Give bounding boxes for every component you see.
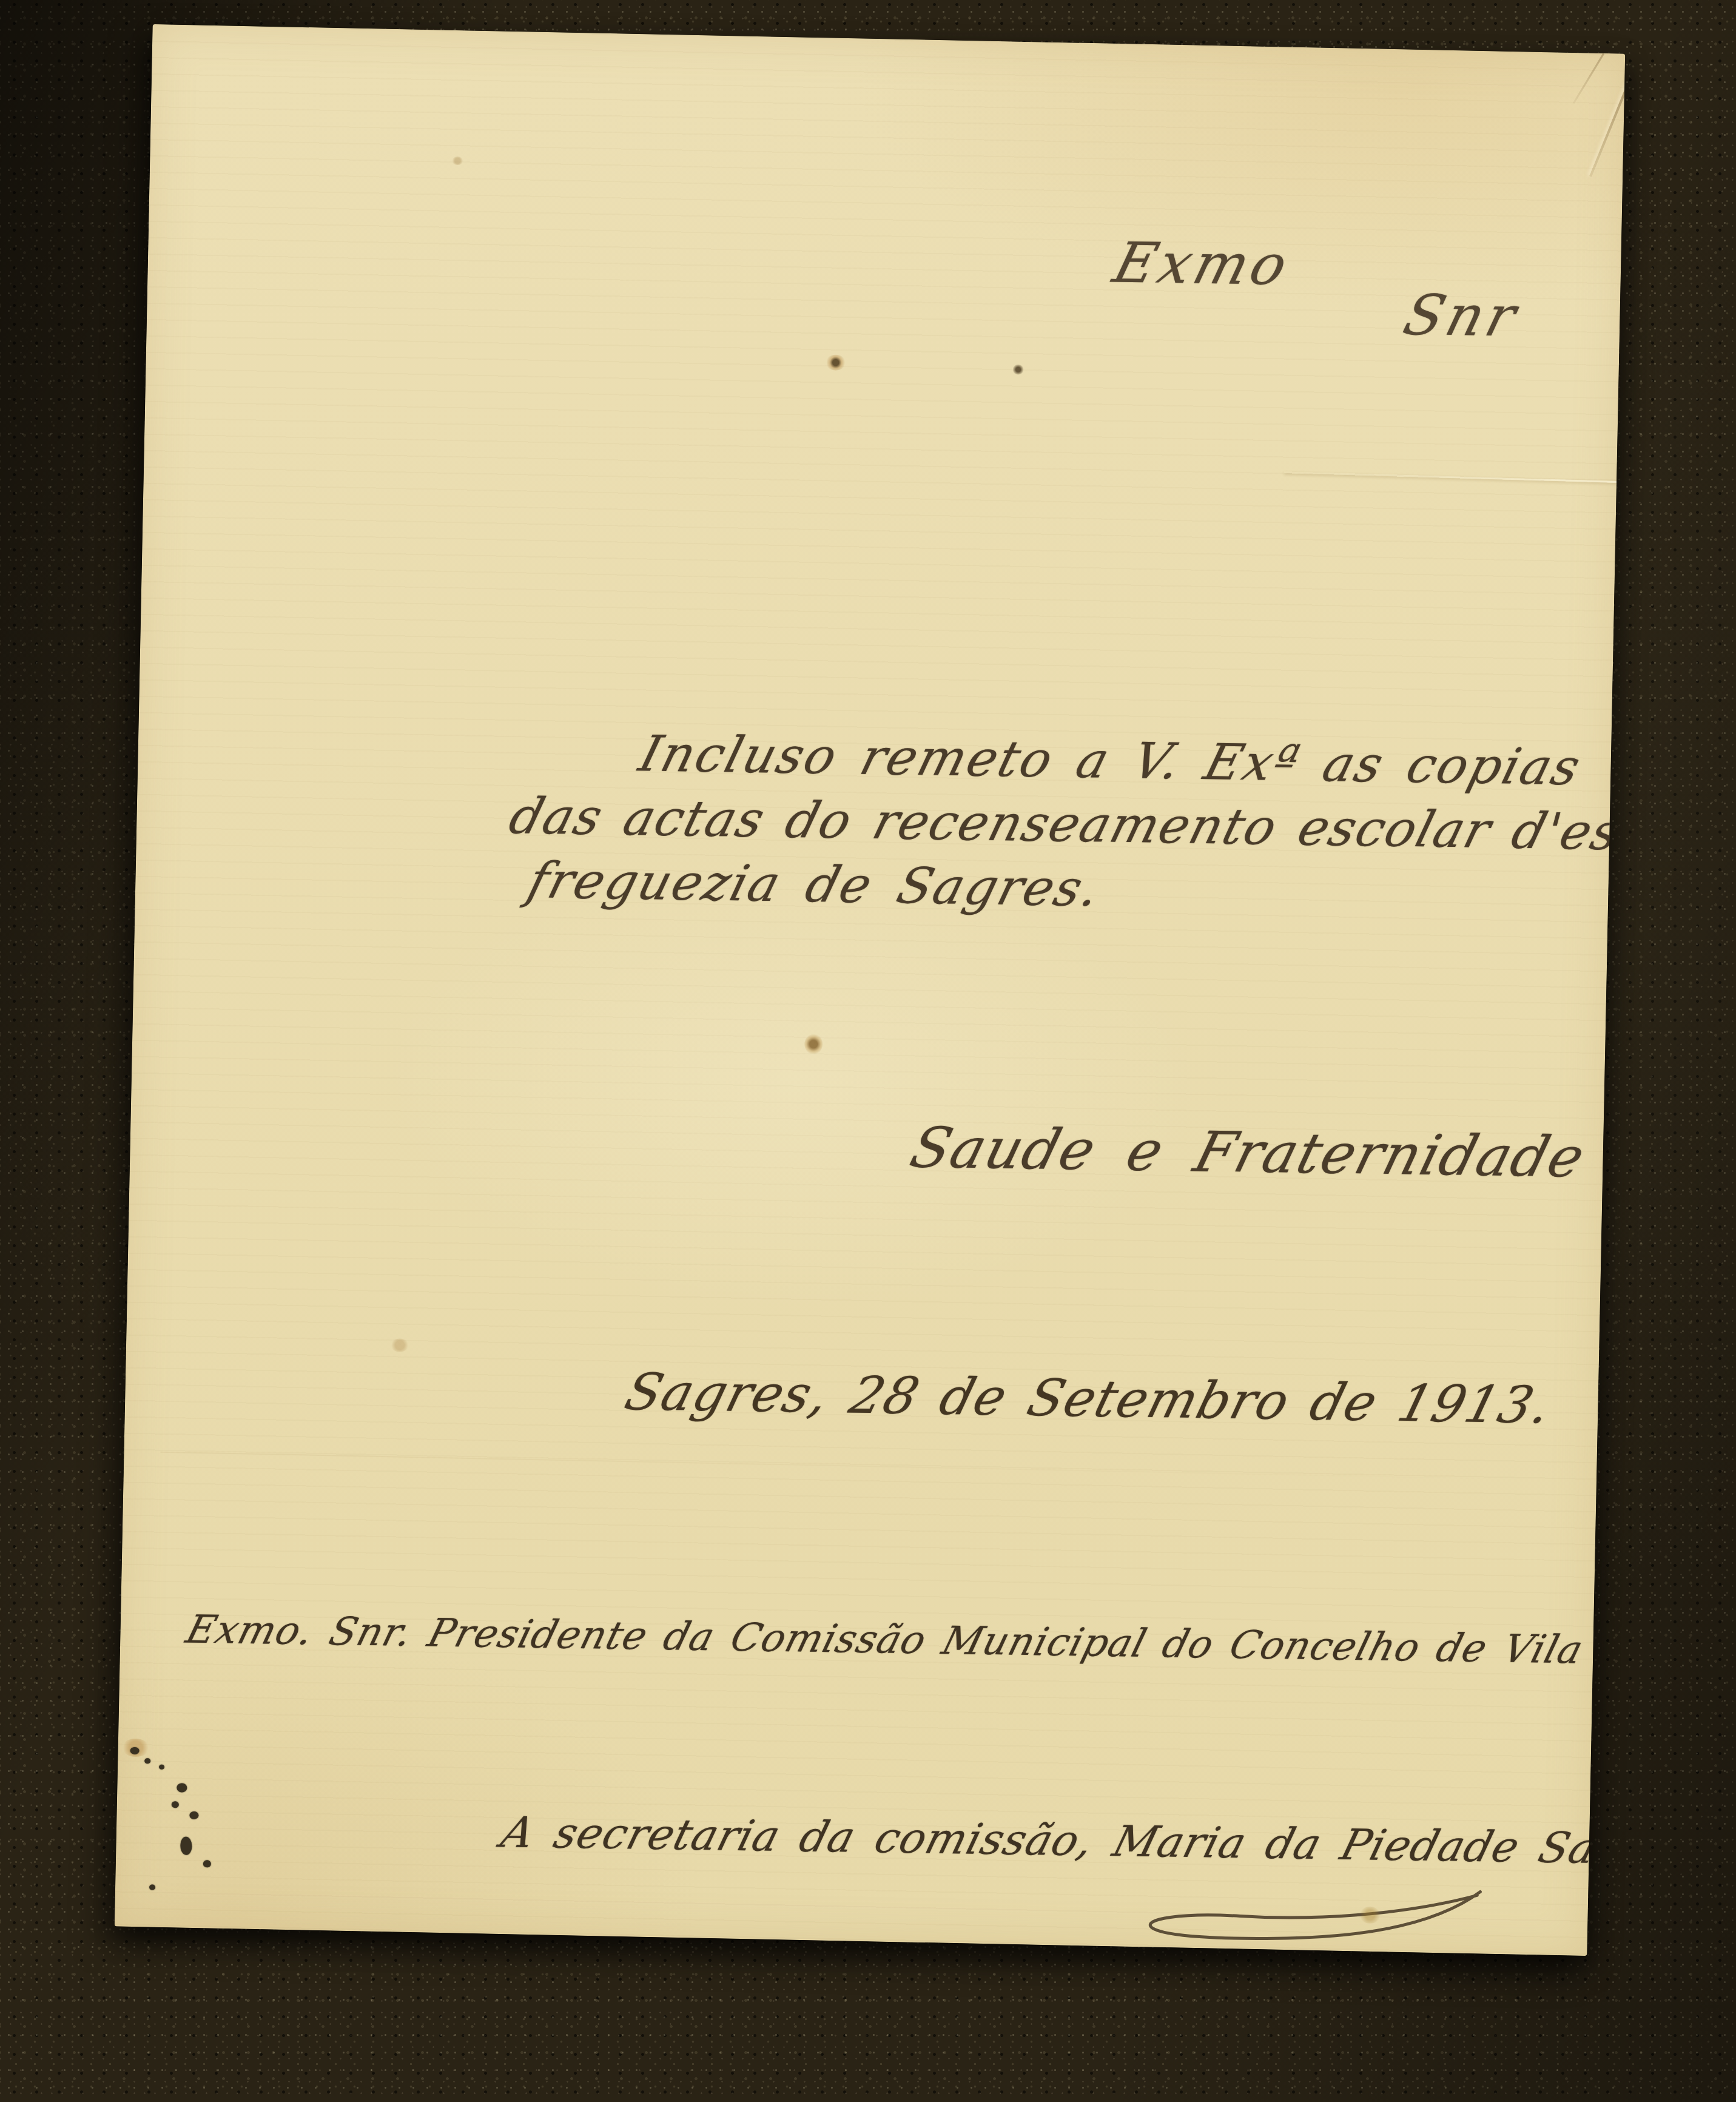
ink-blot — [203, 1860, 211, 1867]
ink-blot — [130, 1747, 139, 1754]
body-line-2: das actas do recenseamento escolar d'est… — [505, 792, 1626, 858]
corner-fold-crease — [1589, 66, 1625, 177]
letter-paper: Exmo Snr Incluso remeto a V. Exª as copi… — [115, 24, 1625, 1956]
ink-blot — [149, 1884, 155, 1890]
body-line-1: Incluso remeto a V. Exª as copias — [634, 730, 1587, 793]
body-line-3: freguezia de Sagres. — [523, 856, 1106, 914]
salutation-title: Snr — [1398, 288, 1525, 345]
ink-blot — [180, 1836, 192, 1854]
fox-spot — [804, 1034, 823, 1055]
closing-formula: Saude e Fraternidade — [905, 1120, 1591, 1186]
ink-blot — [177, 1783, 187, 1792]
fox-spot — [1012, 365, 1024, 375]
photo-of-manuscript-letter: { "letter": { "salutation": { "honorific… — [0, 0, 1736, 2102]
fox-spot — [825, 354, 846, 371]
horizontal-fold-crease — [1284, 471, 1617, 483]
signature-flourish — [1109, 1879, 1499, 1956]
faint-fold-crease — [160, 1452, 1555, 1481]
salutation-honorific: Exmo — [1108, 235, 1296, 294]
ink-blot — [189, 1811, 198, 1819]
addressee-line: Exmo. Snr. Presidente da Comissão Munici… — [182, 1611, 1625, 1673]
ink-blot — [172, 1801, 179, 1808]
fox-spot — [391, 1338, 409, 1352]
secretary-signature-line: A secretaria da comissão, Maria da Pieda… — [497, 1811, 1626, 1871]
ink-blot — [159, 1765, 164, 1770]
ink-blot — [144, 1758, 150, 1763]
corner-fold-crease-small — [1573, 53, 1604, 104]
fox-spot — [452, 157, 463, 165]
date-line: Sagres, 28 de Setembro de 1913. — [621, 1366, 1557, 1430]
